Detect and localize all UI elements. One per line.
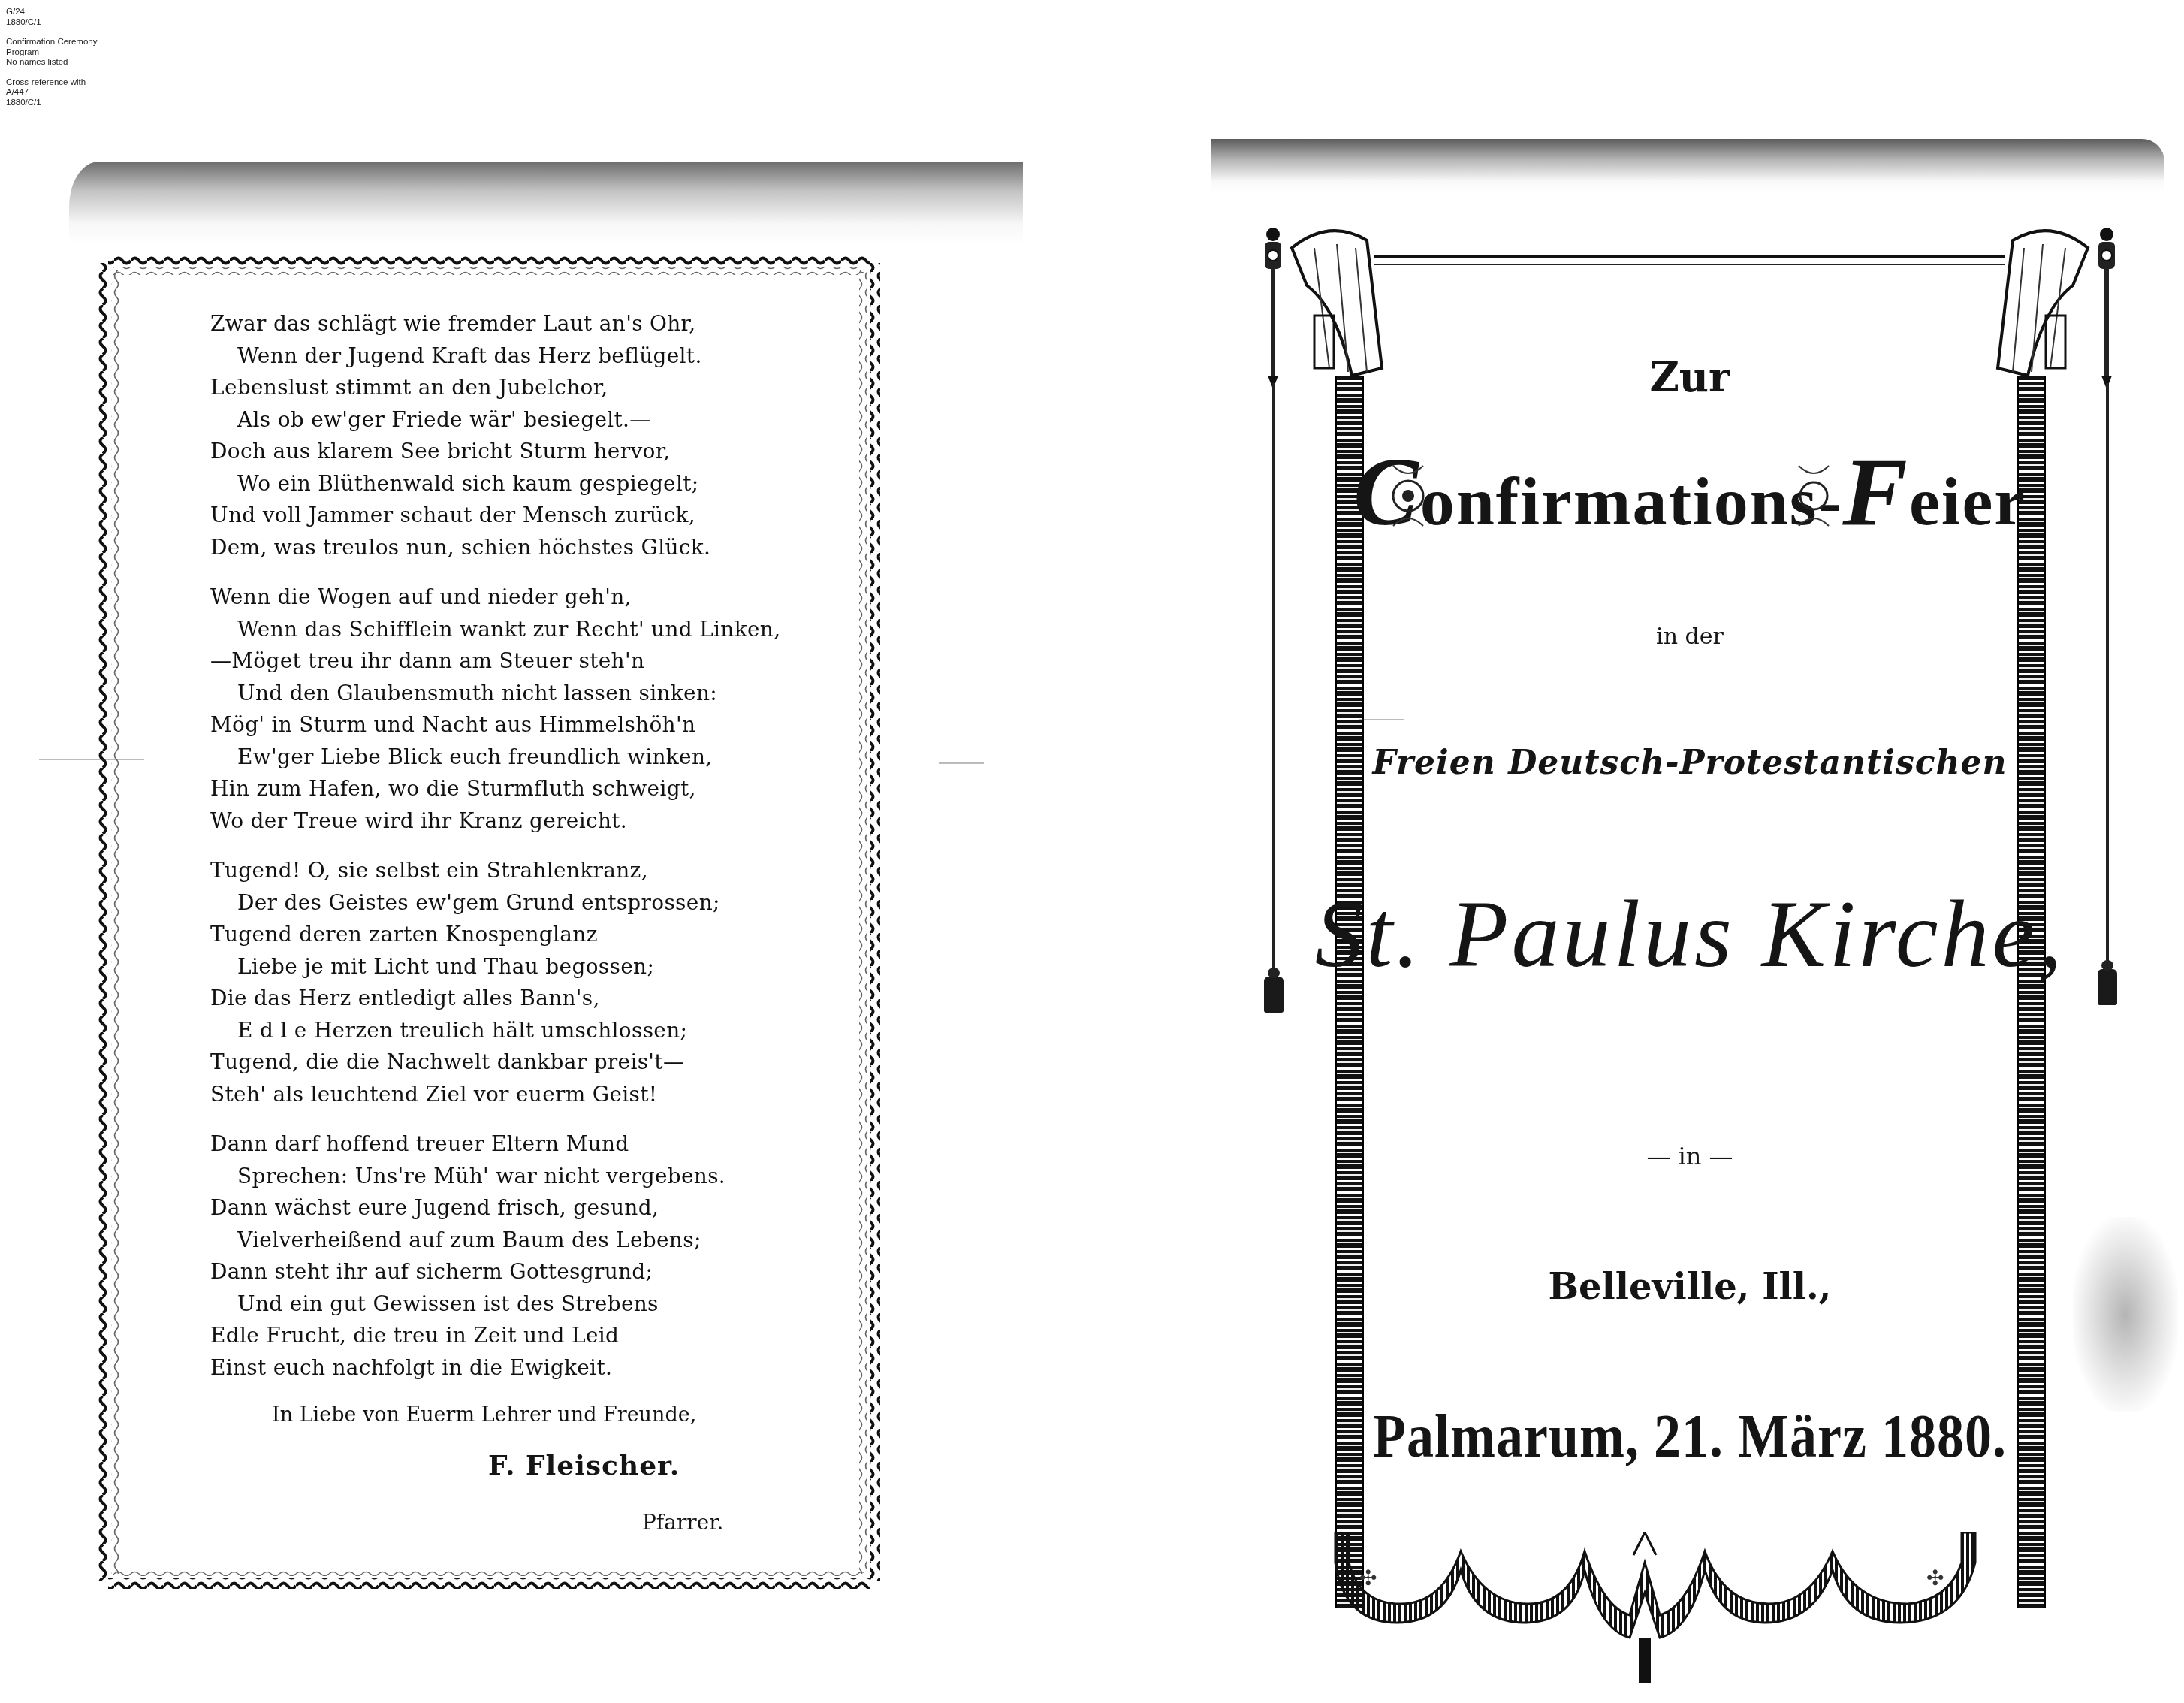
poem-line: Dann darf hoffend treuer Eltern Mund [210, 1128, 841, 1161]
ceremony-date: Palmarum, 21. März 1880. [1202, 1400, 2178, 1472]
scan-artifact-line [939, 762, 984, 764]
poem-line: Als ob ew'ger Friede wär' besiegelt.— [210, 404, 841, 436]
right-page-cover: ✣ ✣ Zur Confirmations-Feier in der Freie… [1202, 128, 2178, 1703]
poem-line: Und ein gut Gewissen ist des Strebens [210, 1288, 841, 1321]
poem-line: E d l e Herzen treulich hält umschlossen… [210, 1015, 841, 1047]
scan-artifact-line [39, 759, 144, 760]
poem-line: Steh' als leuchtend Ziel vor euerm Geist… [210, 1079, 841, 1111]
scan-shadow [1211, 139, 2164, 192]
signoff-text: In Liebe von Euerm Lehrer und Freunde, [272, 1403, 696, 1427]
curtain-rod [1374, 255, 2005, 265]
separator-in: — in — [1202, 1142, 2178, 1170]
note-line: A/447 [6, 88, 97, 98]
note-line: No names listed [6, 58, 97, 68]
archive-note: G/24 1880/C/1 Confirmation Ceremony Prog… [6, 8, 97, 108]
poem-line: Wenn das Schifflein wankt zur Recht' und… [210, 614, 841, 646]
subtitle-in-der: in der [1202, 624, 2178, 650]
poem-line: Wo ein Blüthenwald sich kaum gespiegelt; [210, 468, 841, 500]
title-confirmations-feier: Confirmations-Feier [1202, 436, 2178, 548]
poem-line: Einst euch nachfolgt in die Ewigkeit. [210, 1352, 841, 1384]
signature-title: Pfarrer. [642, 1510, 723, 1535]
scalloped-valance-icon: ✣ ✣ [1314, 1532, 2065, 1698]
title-mid: onfirmations- [1420, 463, 1843, 539]
scan-smudge [2073, 1217, 2178, 1412]
church-organization: Freien Deutsch-Protestantischen [1202, 744, 2178, 782]
stanza-1: Zwar das schlägt wie fremder Laut an's O… [210, 308, 841, 563]
signature-name: F. Fleischer. [488, 1450, 680, 1481]
stanza-3: Tugend! O, sie selbst ein Strahlenkranz,… [210, 855, 841, 1110]
floral-ornament-right-icon [1791, 451, 1836, 541]
poem-line: Sprechen: Uns're Müh' war nicht vergeben… [210, 1161, 841, 1193]
note-line: Program [6, 48, 97, 59]
title-initial-f: F [1842, 438, 1909, 546]
poem-line: Tugend! O, sie selbst ein Strahlenkranz, [210, 855, 841, 887]
poem-line: —Möget treu ihr dann am Steuer steh'n [210, 645, 841, 678]
floral-ornament-left-icon [1386, 451, 1431, 541]
poem-line: Wo der Treue wird ihr Kranz gereicht. [210, 805, 841, 838]
note-line: G/24 [6, 8, 97, 18]
stanza-4: Dann darf hoffend treuer Eltern Mund Spr… [210, 1128, 841, 1384]
poem-line: Edle Frucht, die treu in Zeit und Leid [210, 1320, 841, 1352]
scan-artifact-line [1359, 719, 1404, 720]
poem-line: Tugend deren zarten Knospenglanz [210, 919, 841, 951]
church-name: St. Paulus Kirche, [1202, 879, 2178, 989]
title-zur: Zur [1202, 353, 2178, 401]
scan-shadow [69, 162, 1023, 244]
stanza-2: Wenn die Wogen auf und nieder geh'n, Wen… [210, 581, 841, 837]
poem-text: Zwar das schlägt wie fremder Laut an's O… [210, 308, 841, 1402]
note-line: Cross-reference with [6, 78, 97, 89]
city-location: Belleville, Ill., [1202, 1266, 2178, 1308]
poem-line: Lebenslust stimmt an den Jubelchor, [210, 372, 841, 404]
poem-line: Dem, was treulos nun, schien höchstes Gl… [210, 532, 841, 564]
poem-line: Vielverheißend auf zum Baum des Lebens; [210, 1224, 841, 1257]
poem-line: Wenn der Jugend Kraft das Herz beflügelt… [210, 340, 841, 373]
poem-line: Die das Herz entledigt alles Bann's, [210, 983, 841, 1015]
note-line: 1880/C/1 [6, 98, 97, 109]
poem-line: Doch aus klarem See bricht Sturm hervor, [210, 436, 841, 468]
note-line: 1880/C/1 [6, 18, 97, 29]
svg-text:✣: ✣ [1926, 1566, 1944, 1590]
poem-line: Der des Geistes ew'gem Grund entsprossen… [210, 887, 841, 919]
note-line: Confirmation Ceremony [6, 38, 97, 48]
title-end: eier [1909, 463, 2026, 539]
poem-line: Liebe je mit Licht und Thau begossen; [210, 951, 841, 983]
poem-line: Zwar das schlägt wie fremder Laut an's O… [210, 308, 841, 340]
poem-line: Tugend, die die Nachwelt dankbar preis't… [210, 1046, 841, 1079]
poem-line: Mög' in Sturm und Nacht aus Himmelshöh'n [210, 709, 841, 741]
poem-line: Hin zum Hafen, wo die Sturmfluth schweig… [210, 773, 841, 805]
poem-line: Und den Glaubensmuth nicht lassen sinken… [210, 678, 841, 710]
poem-line: Wenn die Wogen auf und nieder geh'n, [210, 581, 841, 614]
poem-line: Dann steht ihr auf sicherm Gottesgrund; [210, 1256, 841, 1288]
poem-line: Und voll Jammer schaut der Mensch zurück… [210, 500, 841, 532]
poem-line: Dann wächst eure Jugend frisch, gesund, [210, 1192, 841, 1224]
svg-text:✣: ✣ [1359, 1566, 1377, 1590]
poem-line: Ew'ger Liebe Blick euch freundlich winke… [210, 741, 841, 774]
